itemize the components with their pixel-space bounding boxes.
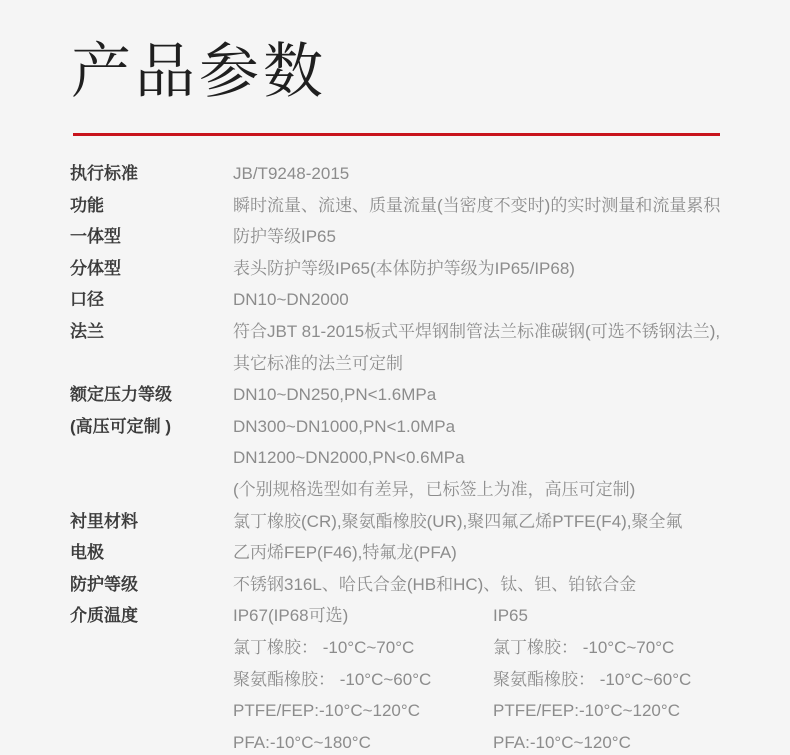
spec-label: 电极 xyxy=(70,537,104,569)
spec-value: DN1200~DN2000,PN<0.6MPa xyxy=(233,442,465,474)
spec-row-diameter: 口径 DN10~DN2000 xyxy=(70,284,780,316)
spec-row-temp-polyurethane: 聚氨酯橡胶： -10°C~60°C 聚氨酯橡胶： -10°C~60°C xyxy=(70,664,780,696)
spec-label: 防护等级 xyxy=(70,569,138,601)
spec-value-right: 氯丁橡胶： -10°C~70°C xyxy=(493,632,674,664)
spec-value: 表头防护等级IP65(本体防护等级为IP65/IP68) xyxy=(233,253,575,285)
spec-value: DN300~DN1000,PN<1.0MPa xyxy=(233,411,455,443)
spec-value-right: PFA:-10°C~120°C xyxy=(493,727,631,755)
spec-row-electrode: 电极 乙丙烯FEP(F46),特氟龙(PFA) xyxy=(70,537,780,569)
spec-row-temp-pfa: PFA:-10°C~180°C PFA:-10°C~120°C xyxy=(70,727,780,755)
spec-value: JB/T9248-2015 xyxy=(233,158,349,190)
spec-row-pressure-note: (个别规格选型如有差异，已标签上为准，高压可定制) xyxy=(70,474,780,506)
spec-row-temp-ptfe-fep: PTFE/FEP:-10°C~120°C PTFE/FEP:-10°C~120°… xyxy=(70,695,780,727)
spec-value: (个别规格选型如有差异，已标签上为准，高压可定制) xyxy=(233,474,635,506)
spec-label: 分体型 xyxy=(70,253,121,285)
spec-value: PFA:-10°C~180°C xyxy=(233,727,371,755)
spec-row-protection-grade: 防护等级 不锈钢316L、哈氏合金(HB和HC)、钛、钽、铂铱合金 xyxy=(70,569,780,601)
spec-value: 其它标准的法兰可定制 xyxy=(233,348,403,380)
spec-row-flange-cont: 其它标准的法兰可定制 xyxy=(70,348,780,380)
spec-row-temp-neoprene: 氯丁橡胶： -10°C~70°C 氯丁橡胶： -10°C~70°C xyxy=(70,632,780,664)
spec-label: 介质温度 xyxy=(70,600,138,632)
spec-row-split-type: 分体型 表头防护等级IP65(本体防护等级为IP65/IP68) xyxy=(70,253,780,285)
spec-row-pressure-rating-cont: (高压可定制 ) DN300~DN1000,PN<1.0MPa xyxy=(70,411,780,443)
product-parameters-page: 产品参数 执行标准 JB/T9248-2015 功能 瞬时流量、流速、质量流量(… xyxy=(0,0,790,755)
title-underline-rule xyxy=(73,133,720,136)
spec-row-pressure-rating: 额定压力等级 DN10~DN250,PN<1.6MPa xyxy=(70,379,780,411)
spec-value: 氯丁橡胶(CR),聚氨酯橡胶(UR),聚四氟乙烯PTFE(F4),聚全氟 xyxy=(233,506,683,538)
spec-row-pressure-rating-cont: DN1200~DN2000,PN<0.6MPa xyxy=(70,442,780,474)
spec-label: 执行标准 xyxy=(70,158,138,190)
spec-value-right: IP65 xyxy=(493,600,528,632)
spec-value: 乙丙烯FEP(F46),特氟龙(PFA) xyxy=(233,537,457,569)
spec-value: DN10~DN2000 xyxy=(233,284,349,316)
spec-label: 衬里材料 xyxy=(70,506,138,538)
spec-row-integrated-type: 一体型 防护等级IP65 xyxy=(70,221,780,253)
spec-label: 功能 xyxy=(70,190,104,222)
spec-row-flange: 法兰 符合JBT 81-2015板式平焊钢制管法兰标准碳钢(可选不锈钢法兰), xyxy=(70,316,780,348)
page-title: 产品参数 xyxy=(71,34,327,110)
spec-row-media-temperature: 介质温度 IP67(IP68可选) IP65 xyxy=(70,600,780,632)
spec-label: 法兰 xyxy=(70,316,104,348)
spec-label: 一体型 xyxy=(70,221,121,253)
spec-row-function: 功能 瞬时流量、流速、质量流量(当密度不变时)的实时测量和流量累积 xyxy=(70,190,780,222)
spec-value: PTFE/FEP:-10°C~120°C xyxy=(233,695,420,727)
spec-value-right: PTFE/FEP:-10°C~120°C xyxy=(493,695,680,727)
spec-table: 执行标准 JB/T9248-2015 功能 瞬时流量、流速、质量流量(当密度不变… xyxy=(70,158,780,755)
spec-label: 口径 xyxy=(70,284,104,316)
spec-row-lining-material: 衬里材料 氯丁橡胶(CR),聚氨酯橡胶(UR),聚四氟乙烯PTFE(F4),聚全… xyxy=(70,506,780,538)
spec-value: 不锈钢316L、哈氏合金(HB和HC)、钛、钽、铂铱合金 xyxy=(233,569,636,601)
spec-value: 聚氨酯橡胶： -10°C~60°C xyxy=(233,664,431,696)
spec-value: 防护等级IP65 xyxy=(233,221,336,253)
spec-row-standard: 执行标准 JB/T9248-2015 xyxy=(70,158,780,190)
spec-value: 瞬时流量、流速、质量流量(当密度不变时)的实时测量和流量累积 xyxy=(233,190,720,222)
spec-value: 符合JBT 81-2015板式平焊钢制管法兰标准碳钢(可选不锈钢法兰), xyxy=(233,316,720,348)
spec-label: 额定压力等级 xyxy=(70,379,172,411)
spec-value: 氯丁橡胶： -10°C~70°C xyxy=(233,632,414,664)
spec-value: IP67(IP68可选) xyxy=(233,600,348,632)
spec-value-right: 聚氨酯橡胶： -10°C~60°C xyxy=(493,664,691,696)
spec-value: DN10~DN250,PN<1.6MPa xyxy=(233,379,436,411)
spec-label: (高压可定制 ) xyxy=(70,411,171,443)
